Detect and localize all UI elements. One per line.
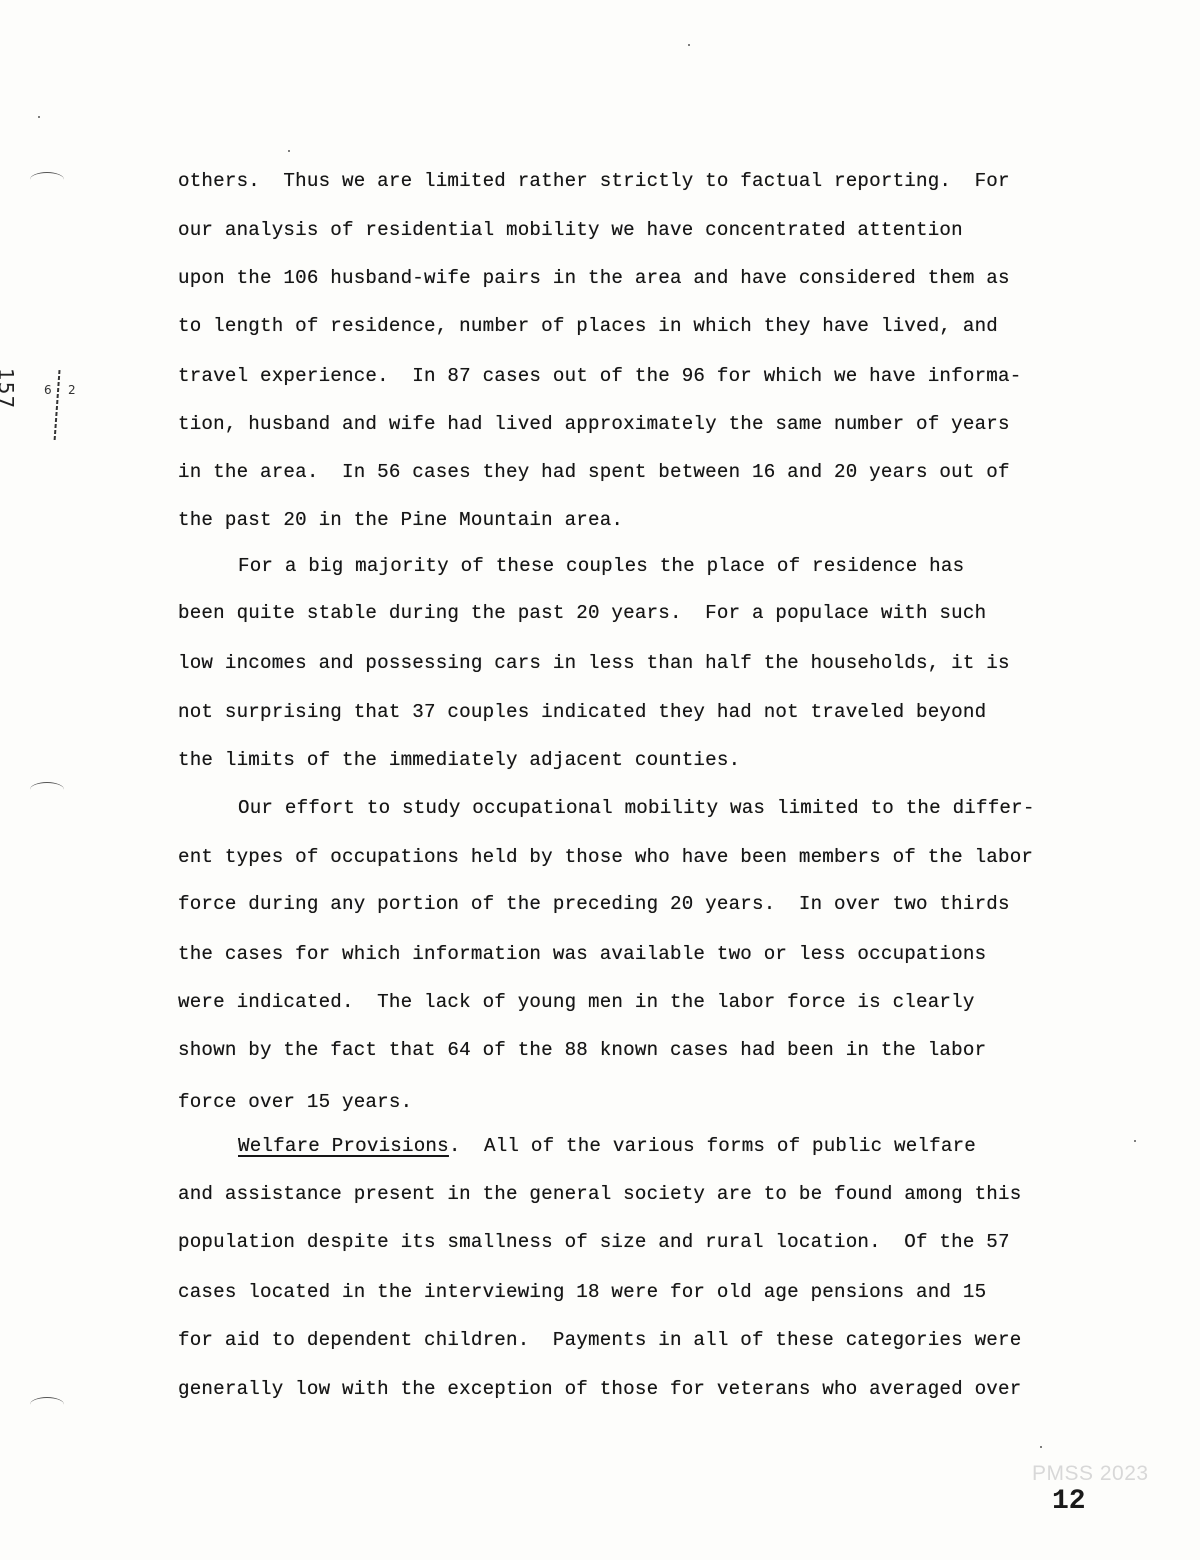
text-line-4: to length of residence, number of places… [178,317,998,336]
punch-hole-mark-top [30,172,64,187]
text-line-15: ent types of occupations held by those w… [178,848,1033,867]
text-line-23: population despite its smallness of size… [178,1233,1010,1252]
welfare-heading-tail: . All of the various forms of public wel… [449,1135,976,1157]
text-line-9: For a big majority of these couples the … [238,557,964,576]
paper-speck [38,116,40,118]
text-line-11: low incomes and possessing cars in less … [178,654,1010,673]
text-line-25: for aid to dependent children. Payments … [178,1331,1021,1350]
text-line-24: cases located in the interviewing 18 wer… [178,1283,986,1302]
text-line-18: were indicated. The lack of young men in… [178,993,975,1012]
text-line-3: upon the 106 husband-wife pairs in the a… [178,269,1010,288]
text-line-19: shown by the fact that 64 of the 88 know… [178,1041,986,1060]
paper-speck [1040,1446,1042,1448]
margin-handwritten-mark: 6 [44,383,52,397]
section-heading-welfare-provisions: Welfare Provisions [238,1135,449,1157]
welfare-heading-line: Welfare Provisions. All of the various f… [238,1137,976,1156]
watermark: PMSS 2023 [1032,1462,1149,1486]
text-line-16: force during any portion of the precedin… [178,895,1010,914]
paper-speck [688,44,690,46]
page-number: 12 [1052,1486,1086,1517]
punch-hole-mark-middle [30,782,64,797]
text-line-13: the limits of the immediately adjacent c… [178,751,740,770]
text-line-20: force over 15 years. [178,1093,412,1112]
text-line-1: others. Thus we are limited rather stric… [178,172,1010,191]
text-line-26: generally low with the exception of thos… [178,1380,1021,1399]
text-line-6: tion, husband and wife had lived approxi… [178,415,1010,434]
text-line-10: been quite stable during the past 20 yea… [178,604,986,623]
margin-pencil-line [53,370,60,442]
text-line-5: travel experience. In 87 cases out of th… [178,367,1021,386]
text-line-7: in the area. In 56 cases they had spent … [178,463,1010,482]
paper-speck [1134,1140,1136,1142]
document-page: others. Thus we are limited rather stric… [0,0,1200,1560]
margin-handwritten-number: 157 [0,368,18,409]
margin-handwritten-mark-2: 2 [68,383,76,397]
text-line-14: Our effort to study occupational mobilit… [238,799,1035,818]
text-line-22: and assistance present in the general so… [178,1185,1021,1204]
text-line-2: our analysis of residential mobility we … [178,221,963,240]
text-line-8: the past 20 in the Pine Mountain area. [178,511,623,530]
text-line-17: the cases for which information was avai… [178,945,986,964]
paper-speck [288,150,290,152]
punch-hole-mark-bottom [30,1397,64,1412]
text-line-12: not surprising that 37 couples indicated… [178,703,986,722]
